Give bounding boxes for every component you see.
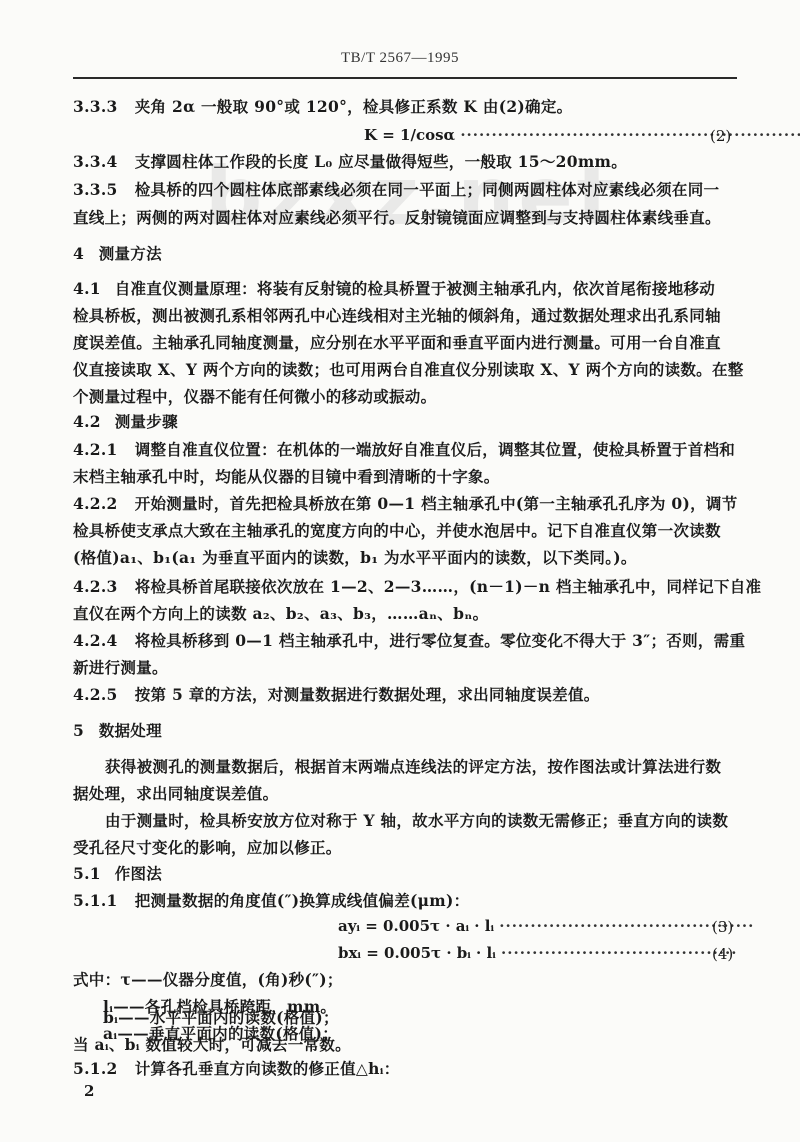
clause-text: 按第 5 章的方法，对测量数据进行数据处理，求出同轴度误差值。 — [135, 685, 600, 704]
paragraph-line: 受孔径尺寸变化的影响，应加以修正。 — [73, 838, 342, 858]
clause-4-2-4: 4.2.4 将检具桥移到 0—1 档主轴承孔中，进行零位复查。零位变化不得大于 … — [73, 631, 745, 651]
chapter-title: 数据处理 — [99, 721, 162, 740]
chapter-number: 5 — [73, 721, 89, 741]
chapter-number: 4 — [73, 244, 89, 264]
clause-number: 3.3.5 — [73, 180, 125, 200]
equation-2: K = 1/cosα ·····························… — [364, 125, 800, 145]
clause-5-1-2: 5.1.2 计算各孔垂直方向读数的修正值△hᵢ： — [73, 1059, 400, 1079]
clause-number: 5.1 — [73, 864, 105, 884]
clause-line: 将检具桥首尾联接依次放在 1—2、2—3……，(n－1)－n 档主轴承孔中，同样… — [135, 577, 762, 596]
equation-number: (2) — [710, 126, 731, 146]
clause-4-2-5: 4.2.5 按第 5 章的方法，对测量数据进行数据处理，求出同轴度误差值。 — [73, 685, 600, 705]
clause-number: 4.2.1 — [73, 440, 125, 460]
clause-text: 把测量数据的角度值(″)换算成线值偏差(μm)： — [135, 891, 470, 910]
chapter-4-heading: 4 测量方法 — [73, 244, 162, 264]
symbol: bᵢ — [103, 1008, 118, 1027]
clause-title: 作图法 — [115, 864, 162, 883]
clause-text: 计算各孔垂直方向读数的修正值△hᵢ： — [135, 1059, 400, 1078]
clause-number: 4.2.2 — [73, 494, 125, 514]
clause-line: 将检具桥移到 0—1 档主轴承孔中，进行零位复查。零位变化不得大于 3″；否则，… — [135, 631, 746, 650]
clause-3-3-5-cont: 直线上；两侧的两对圆柱体对应素线必须平行。反射镜镜面应调整到与支持圆柱体素线垂直… — [73, 208, 721, 228]
clause-line: 仪直接读取 X、Y 两个方向的读数；也可用两台自准直仪分别读取 X、Y 两个方向… — [73, 360, 744, 380]
equation-4: bxᵢ = 0.005τ · bᵢ · lᵢ ·················… — [338, 943, 737, 963]
where-clause: 式中：τ——仪器分度值，(角)秒(″)； — [73, 970, 343, 990]
paragraph-line: 由于测量时，检具桥安放方位对称于 Y 轴，故水平方向的读数无需修正；垂直方向的读… — [105, 811, 728, 831]
clause-line: 检具桥使支承点大致在主轴承孔的宽度方向的中心，并使水泡居中。记下自准直仪第一次读… — [73, 521, 721, 541]
clause-line: 检具桥板，测出被测孔系相邻两孔中心连线相对主光轴的倾斜角，通过数据处理求出孔系同… — [73, 306, 721, 326]
document-page: bzxz.net TB/T 2567—1995 3.3.3 夹角 2α 一般取 … — [0, 0, 800, 1142]
where-item: bᵢ——水平平面内的读数(格值)； — [103, 1008, 339, 1028]
equation-number: (3) — [712, 917, 733, 937]
clause-line: 新进行测量。 — [73, 658, 168, 678]
clause-line: 开始测量时，首先把检具桥放在第 0—1 档主轴承孔中(第一主轴承孔孔序为 0)，… — [135, 494, 738, 513]
clause-4-2-2: 4.2.2 开始测量时，首先把检具桥放在第 0—1 档主轴承孔中(第一主轴承孔孔… — [73, 494, 738, 514]
clause-line: 调整自准直仪位置：在机体的一端放好自准直仪后，调整其位置，使检具桥置于首档和 — [135, 440, 735, 459]
equation-number: (4) — [712, 944, 733, 964]
document-header-id: TB/T 2567—1995 — [0, 50, 800, 67]
clause-line: 末档主轴承孔中时，均能从仪器的目镜中看到清晰的十字象。 — [73, 467, 500, 487]
equation-lhs: ayᵢ = 0.005τ · aᵢ · lᵢ — [338, 917, 494, 935]
chapter-title: 测量方法 — [99, 244, 162, 263]
symbol-desc: ——水平平面内的读数(格值)； — [118, 1008, 339, 1027]
clause-number: 5.1.2 — [73, 1059, 125, 1079]
clause-4-2-1: 4.2.1 调整自准直仪位置：在机体的一端放好自准直仪后，调整其位置，使检具桥置… — [73, 440, 735, 460]
clause-3-3-4: 3.3.4 支撑圆柱体工作段的长度 L₀ 应尽量做得短些，一般取 15～20mm… — [73, 152, 627, 172]
where-intro: 式中： — [73, 970, 120, 989]
symbol: τ — [120, 970, 131, 989]
clause-title: 测量步骤 — [115, 412, 178, 431]
clause-text: 支撑圆柱体工作段的长度 L₀ 应尽量做得短些，一般取 15～20mm。 — [135, 152, 627, 171]
clause-4-2-3: 4.2.3 将检具桥首尾联接依次放在 1—2、2—3……，(n－1)－n 档主轴… — [73, 577, 761, 597]
clause-line: 直仪在两个方向上的读数 a₂、b₂、a₃、b₃，……aₙ、bₙ。 — [73, 604, 488, 624]
clause-number: 4.2.3 — [73, 577, 125, 597]
clause-number: 4.2.5 — [73, 685, 125, 705]
clause-5-1-1: 5.1.1 把测量数据的角度值(″)换算成线值偏差(μm)： — [73, 891, 469, 911]
equation-lhs: bxᵢ = 0.005τ · bᵢ · lᵢ — [338, 944, 496, 962]
clause-4-1: 4.1 自准直仪测量原理：将装有反射镜的检具桥置于被测主轴承孔内，依次首尾衔接地… — [73, 279, 715, 299]
clause-number: 4.2 — [73, 412, 105, 432]
clause-text: 检具桥的四个圆柱体底部素线必须在同一平面上；同侧两圆柱体对应素线必须在同一 — [135, 180, 720, 199]
clause-4-2-heading: 4.2 测量步骤 — [73, 412, 178, 432]
clause-number: 5.1.1 — [73, 891, 125, 911]
clause-number: 3.3.4 — [73, 152, 125, 172]
equation-lhs: K = 1/cosα — [364, 126, 455, 144]
leader-dots: ······································ — [501, 944, 737, 962]
clause-line: 个测量过程中，仪器不能有任何微小的移动或振动。 — [73, 387, 436, 407]
clause-number: 4.1 — [73, 279, 105, 299]
clause-5-1-heading: 5.1 作图法 — [73, 864, 162, 884]
symbol-desc: ——仪器分度值，(角)秒(″)； — [131, 970, 343, 989]
clause-line: (格值)a₁、b₁(a₁ 为垂直平面内的读数，b₁ 为水平平面内的读数，以下类同… — [73, 548, 637, 568]
leader-dots: ········································… — [460, 126, 800, 144]
clause-number: 3.3.3 — [73, 97, 125, 117]
clause-3-3-3: 3.3.3 夹角 2α 一般取 90°或 120°，检具修正系数 K 由(2)确… — [73, 97, 572, 117]
clause-text: 夹角 2α 一般取 90°或 120°，检具修正系数 K 由(2)确定。 — [135, 97, 573, 116]
chapter-5-heading: 5 数据处理 — [73, 721, 162, 741]
paragraph-line: 获得被测孔的测量数据后，根据首末两端点连线法的评定方法，按作图法或计算法进行数 — [105, 757, 721, 777]
paragraph-line: 据处理，求出同轴度误差值。 — [73, 784, 278, 804]
clause-line: 度误差值。主轴承孔同轴度测量，应分别在水平平面和垂直平面内进行测量。可用一台自准… — [73, 333, 721, 353]
equation-3: ayᵢ = 0.005τ · aᵢ · lᵢ ·················… — [338, 916, 754, 936]
clause-number: 4.2.4 — [73, 631, 125, 651]
clause-3-3-5: 3.3.5 检具桥的四个圆柱体底部素线必须在同一平面上；同侧两圆柱体对应素线必须… — [73, 180, 719, 200]
clause-line: 自准直仪测量原理：将装有反射镜的检具桥置于被测主轴承孔内，依次首尾衔接地移动 — [115, 279, 715, 298]
note-line: 当 aᵢ、bᵢ 数值较大时，可减去一常数。 — [73, 1035, 351, 1055]
page-number: 2 — [84, 1082, 94, 1100]
header-rule — [73, 77, 737, 79]
